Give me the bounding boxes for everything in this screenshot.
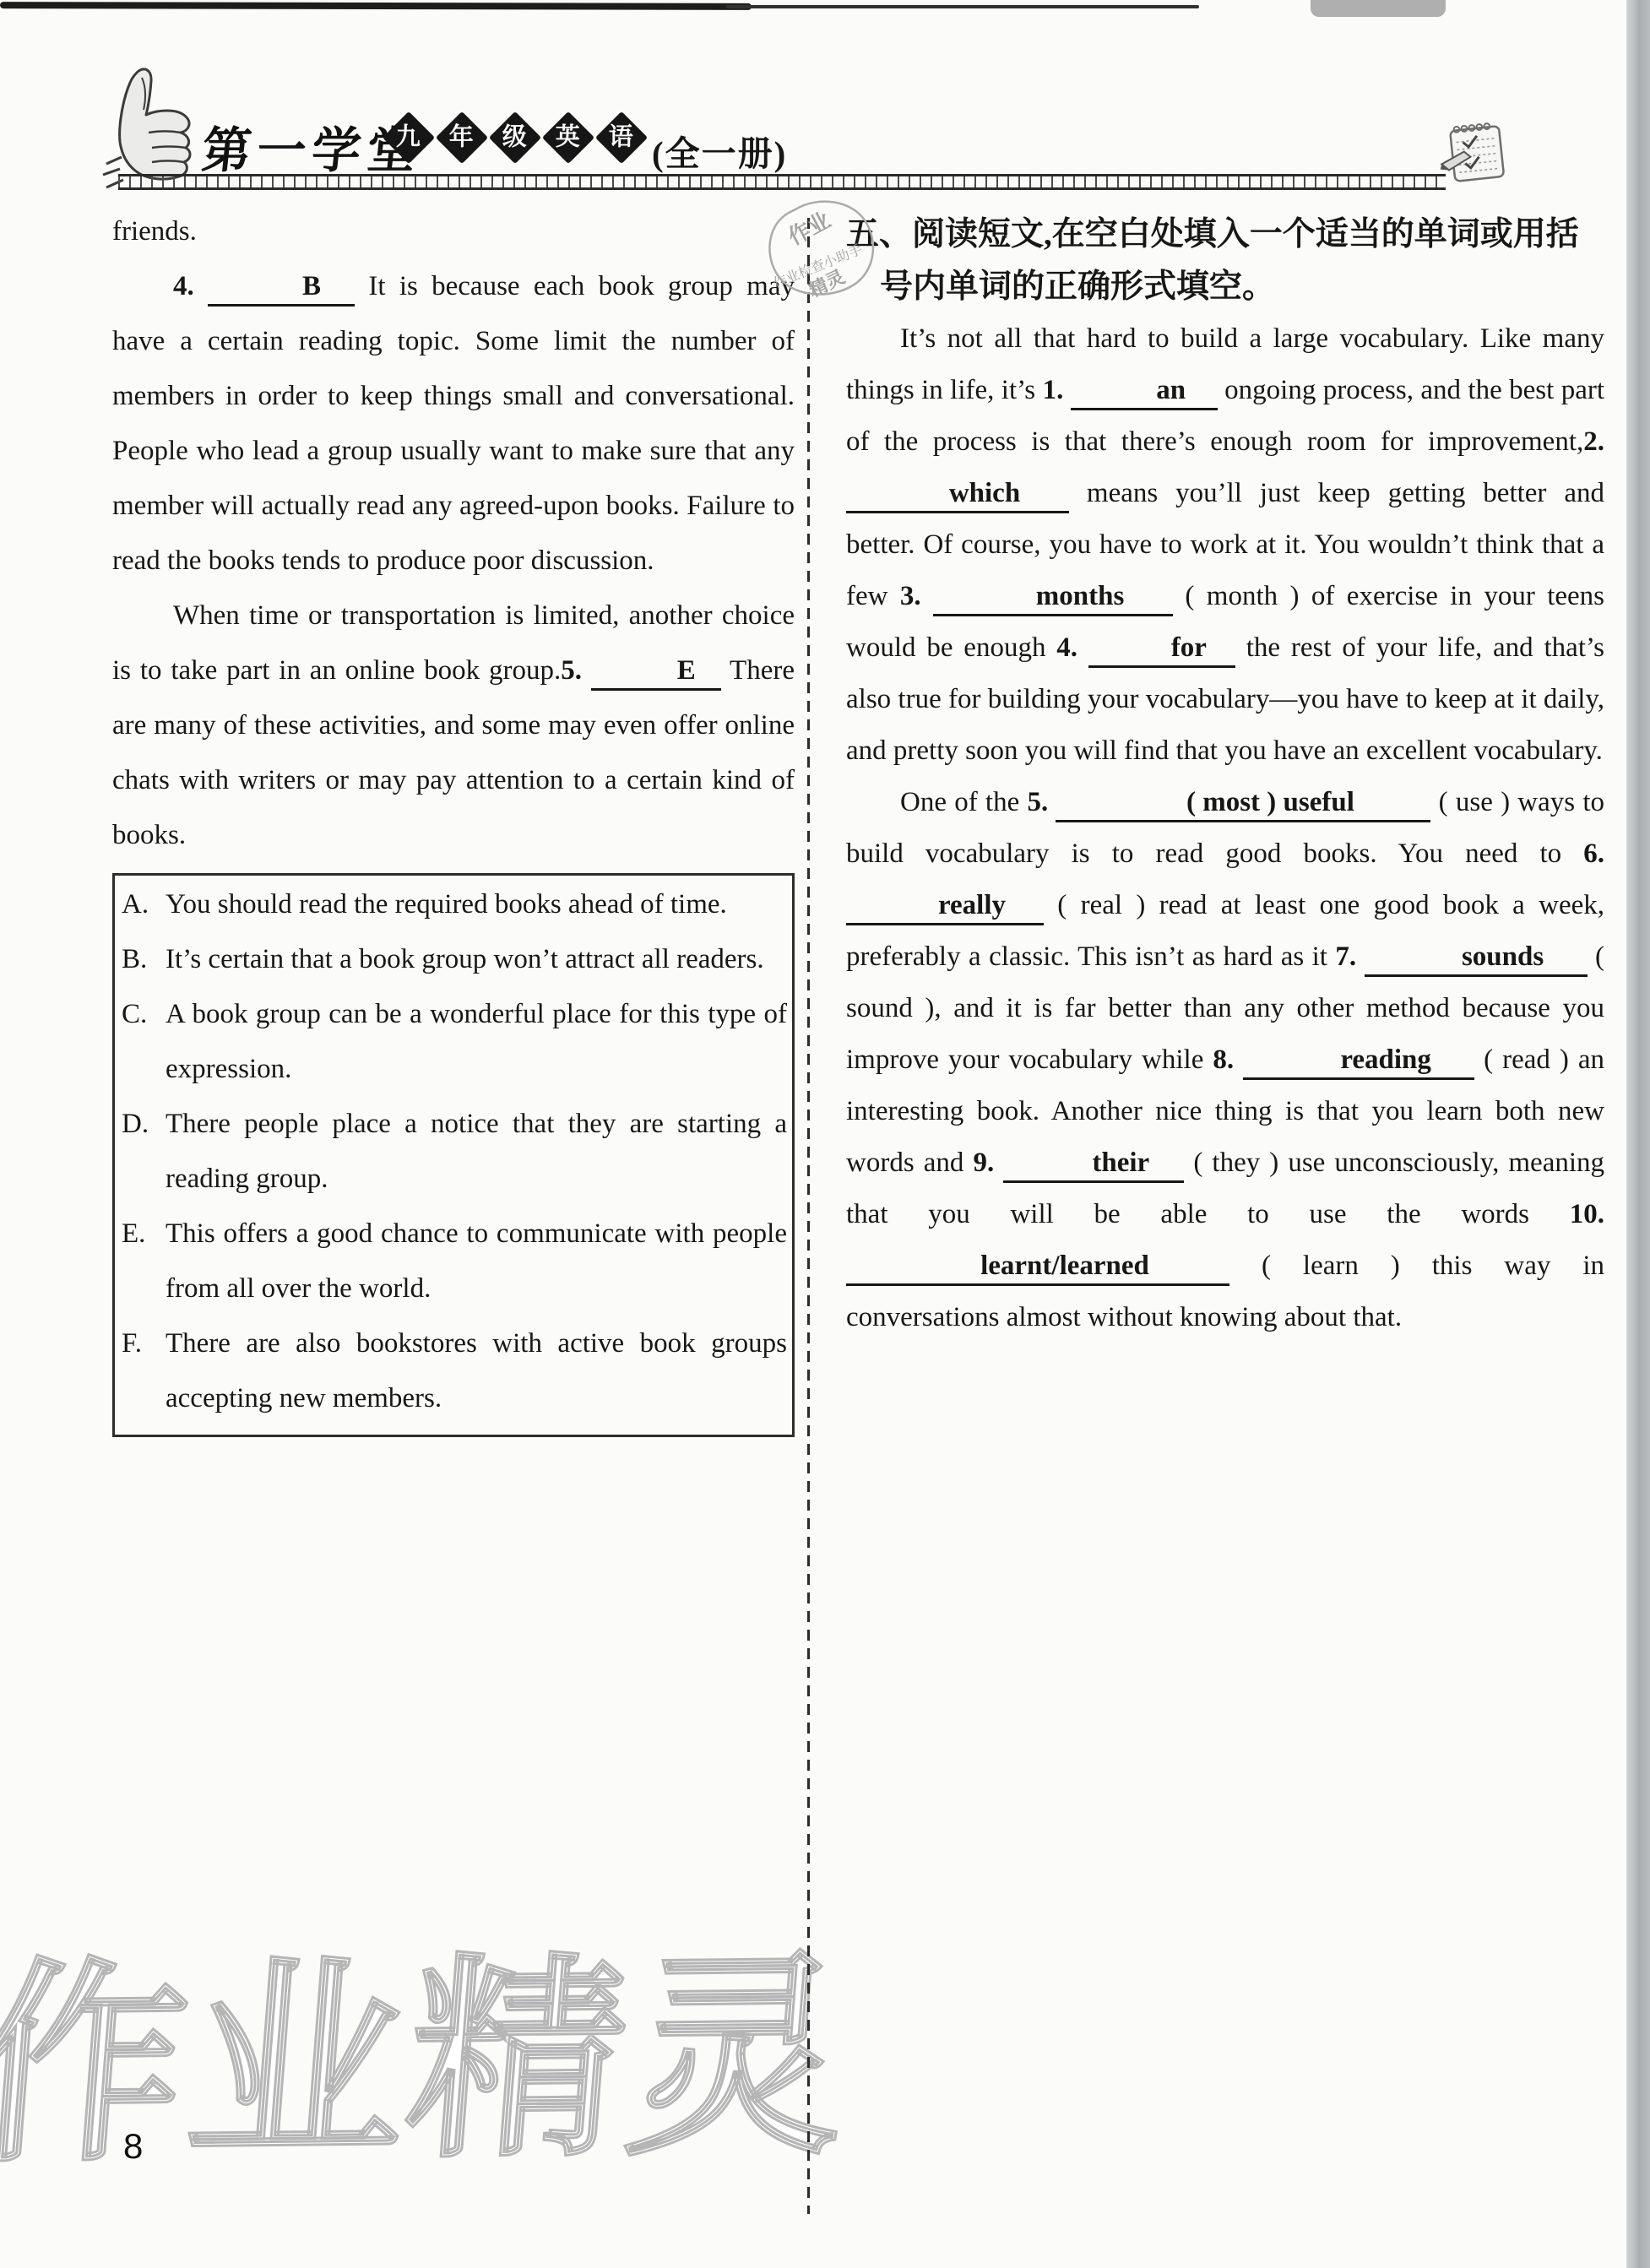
right-column: 五、阅读短文,在空白处填入一个适当的单词或用括 号内单词的正确形式填空。 It’… [846,209,1604,1343]
option-d-text: There people place a notice that they ar… [166,1109,787,1194]
option-f: F.There are also bookstores with active … [122,1316,787,1426]
column-divider [807,218,810,2214]
page-edge-shadow [1626,0,1650,2268]
diamond-char: 级 [489,111,541,164]
answer-blank: sounds [1365,940,1588,977]
volume-label: (全一册) [652,126,787,176]
question-5-paragraph: When time or transportation is limited, … [112,589,795,863]
option-c: C.A book group can be a wonderful place … [122,987,787,1097]
option-e: E.This offers a good chance to communica… [122,1207,787,1316]
blank-number: 1. [1043,375,1071,405]
scan-artifact-top-line [0,2,752,10]
page-number: 8 [123,2126,143,2167]
svg-text:作业: 作业 [784,208,835,250]
answer-blank: for [1088,631,1235,668]
blank-number: 2. [1583,426,1604,457]
diamond-char: 语 [595,111,648,164]
option-f-label: F. [122,1316,166,1371]
answer-blank: months [933,579,1173,616]
scan-artifact-smudge [1311,0,1446,17]
option-e-label: E. [122,1207,166,1262]
diamond-char-label: 年 [449,125,474,149]
blank-number: 5. [561,655,591,686]
option-a-label: A. [122,877,166,932]
notepad-icon [1439,115,1515,195]
option-a-text: You should read the required books ahead… [166,889,727,920]
blank-number: 10. [1570,1199,1604,1229]
blank-number: 5. [1027,787,1056,817]
option-e-text: This offers a good chance to communicate… [166,1218,787,1304]
diamond-char: 九 [383,111,435,164]
option-c-label: C. [122,987,166,1042]
cloze-paragraph-2: One of the 5. ( most ) useful ( use ) wa… [846,777,1604,1343]
question-4-paragraph: 4. B It is because each book group may h… [112,259,795,589]
option-c-text: A book group can be a wonderful place fo… [166,999,787,1084]
text-run: One of the [900,787,1027,817]
answer-blank: ( most ) useful [1056,785,1430,822]
left-column: friends. 4. B It is because each book gr… [112,204,795,1437]
scan-artifact-top-line-thin [726,5,1199,8]
blank-number: 3. [900,581,933,611]
grade-title-diamonds: 九 年 级 英 语 [390,119,640,156]
answer-blank: reading [1243,1043,1474,1080]
workbook-page: 第一学堂 九 年 级 英 语 (全一册) [0,0,1650,2268]
diamond-char-label: 英 [556,125,580,149]
answer-blank: B [208,269,355,307]
blank-number: 6. [1583,838,1604,869]
answer-blank: E [591,654,721,691]
diamond-char: 年 [436,111,488,164]
option-f-text: There are also bookstores with active bo… [166,1328,787,1413]
answer-blank: an [1071,373,1218,410]
option-b: B.It’s certain that a book group won’t a… [122,932,787,987]
blank-number: 8. [1213,1044,1243,1075]
options-box: A.You should read the required books ahe… [112,873,795,1437]
blank-number: 4. [173,271,208,301]
film-strip-border [118,174,1446,190]
option-b-label: B. [122,932,166,987]
blank-number: 4. [1056,632,1088,663]
diamond-char: 英 [542,111,594,164]
option-d-label: D. [122,1097,166,1152]
blank-number: 7. [1335,941,1364,972]
continuation-line: friends. [112,204,795,259]
diamond-char-label: 级 [502,125,527,149]
answer-blank: which [846,476,1069,513]
answer-blank: their [1003,1146,1184,1183]
answer-blank: really [846,888,1044,925]
diamond-char-label: 语 [609,125,633,149]
section-heading-line2: 号内单词的正确形式填空。 [880,261,1604,313]
section-heading-line1: 五、阅读短文,在空白处填入一个适当的单词或用括 [846,209,1604,261]
option-a: A.You should read the required books ahe… [122,877,787,932]
option-b-text: It’s certain that a book group won’t att… [166,944,764,974]
diamond-char-label: 九 [396,125,421,149]
watermark-stamp: 作业 作业检查小助手 精灵 [758,194,887,310]
text-run: It is because each book group may have a… [112,271,795,576]
option-d: D.There people place a notice that they … [122,1097,787,1207]
cloze-paragraph-1: It’s not all that hard to build a large … [846,313,1604,777]
answer-blank: learnt/learned [846,1249,1229,1286]
blank-number: 9. [973,1148,1003,1178]
